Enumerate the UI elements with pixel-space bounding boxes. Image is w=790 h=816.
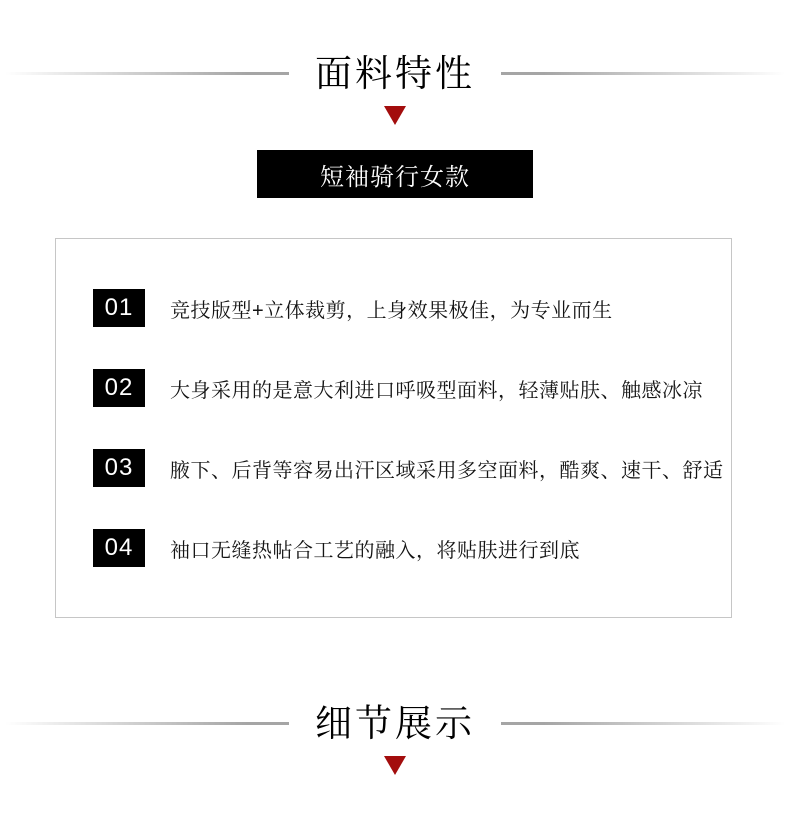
section-title-details: 细节展示 bbox=[315, 705, 475, 742]
feature-row: 01 竞技版型+立体裁剪，上身效果极佳，为专业而生 bbox=[93, 289, 731, 327]
feature-text: 竞技版型+立体裁剪，上身效果极佳，为专业而生 bbox=[170, 294, 613, 323]
section-header-details: 细节展示 bbox=[0, 697, 790, 749]
product-detail-page: 面料特性 短袖骑行女款 01 竞技版型+立体裁剪，上身效果极佳，为专业而生 02… bbox=[0, 0, 790, 816]
feature-row: 02 大身采用的是意大利进口呼吸型面料，轻薄贴肤、触感冰凉 bbox=[93, 369, 731, 407]
feature-row: 04 袖口无缝热帖合工艺的融入，将贴肤进行到底 bbox=[93, 529, 731, 567]
feature-row: 03 腋下、后背等容易出汗区域采用多空面料，酷爽、速干、舒适 bbox=[93, 449, 731, 487]
feature-number-badge: 04 bbox=[93, 529, 145, 567]
section-title-fabric: 面料特性 bbox=[315, 55, 475, 92]
header-right-divider bbox=[501, 72, 785, 75]
header-left-divider bbox=[5, 722, 289, 725]
feature-number-badge: 01 bbox=[93, 289, 145, 327]
down-triangle-icon bbox=[384, 756, 406, 775]
features-box: 01 竞技版型+立体裁剪，上身效果极佳，为专业而生 02 大身采用的是意大利进口… bbox=[55, 238, 732, 618]
feature-number-badge: 02 bbox=[93, 369, 145, 407]
feature-text: 袖口无缝热帖合工艺的融入，将贴肤进行到底 bbox=[170, 534, 580, 563]
down-triangle-icon bbox=[384, 106, 406, 125]
subtitle-badge: 短袖骑行女款 bbox=[257, 150, 533, 198]
feature-number-badge: 03 bbox=[93, 449, 145, 487]
feature-text: 大身采用的是意大利进口呼吸型面料，轻薄贴肤、触感冰凉 bbox=[170, 374, 703, 403]
section-header-fabric: 面料特性 bbox=[0, 47, 790, 99]
header-left-divider bbox=[5, 72, 289, 75]
feature-text: 腋下、后背等容易出汗区域采用多空面料，酷爽、速干、舒适 bbox=[170, 454, 724, 483]
header-right-divider bbox=[501, 722, 785, 725]
